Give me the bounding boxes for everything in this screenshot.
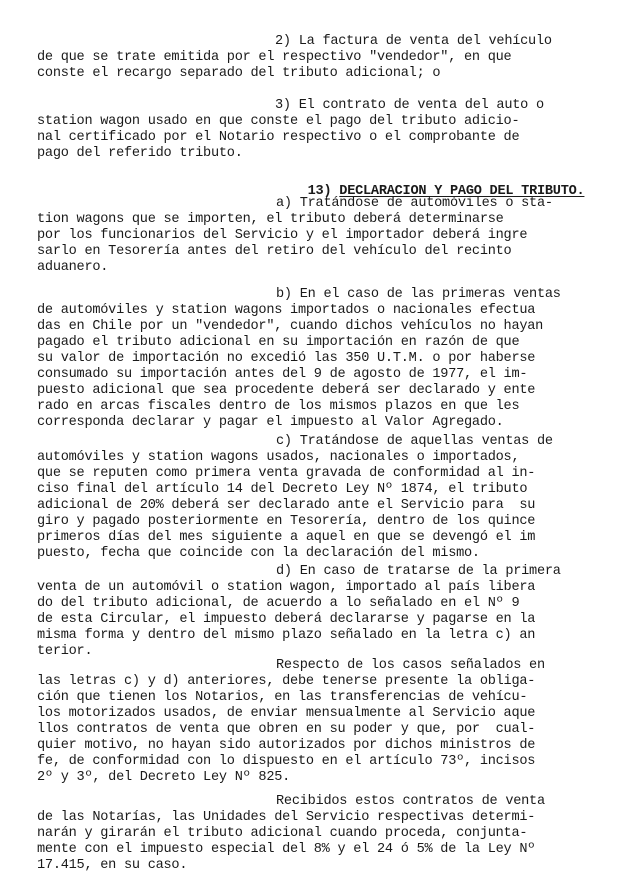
item-3-line-3: nal certificado por el Notario respectiv…	[37, 130, 519, 146]
respecto-line-6: quier motivo, no hayan sido autorizados …	[37, 738, 535, 754]
item-b-line-4: pagado el tributo adicional en su import…	[37, 335, 519, 351]
respecto-line-3: ción que tienen los Notarios, en las tra…	[37, 690, 527, 706]
item-b-line-9: corresponda declarar y pagar el impuesto…	[37, 415, 504, 431]
item-2-line-2: de que se trate emitida por el respectiv…	[37, 50, 511, 66]
item-c-line-1: c) Tratándose de aquellas ventas de	[276, 434, 553, 450]
respecto-line-8: 2º y 3º, del Decreto Ley Nº 825.	[37, 770, 290, 786]
recibidos-line-2: de las Notarías, las Unidades del Servic…	[37, 810, 535, 826]
item-d-line-3: do del tributo adicional, de acuerdo a l…	[37, 596, 519, 612]
respecto-line-5: llos contratos de venta que obren en su …	[37, 722, 535, 738]
item-a-line-4: sarlo en Tesorería antes del retiro del …	[37, 244, 511, 260]
document-page: 2) La factura de venta del vehículo de q…	[0, 0, 630, 885]
item-c-line-8: puesto, fecha que coincide con la declar…	[37, 546, 480, 562]
item-3-line-1: 3) El contrato de venta del auto o	[275, 98, 544, 114]
recibidos-line-5: 17.415, en su caso.	[37, 858, 187, 874]
item-3-line-4: pago del referido tributo.	[37, 146, 243, 162]
recibidos-line-3: narán y girarán el tributo adicional cua…	[37, 826, 527, 842]
item-d-line-2: venta de un automóvil o station wagon, i…	[37, 580, 535, 596]
item-d-line-5: misma forma y dentro del mismo plazo señ…	[37, 628, 535, 644]
item-2-line-1: 2) La factura de venta del vehículo	[275, 34, 552, 50]
item-c-line-5: adicional de 20% deberá ser declarado an…	[37, 498, 535, 514]
item-a-line-2: tion wagons que se importen, el tributo …	[37, 212, 504, 228]
respecto-line-1: Respecto de los casos señalados en	[276, 658, 545, 674]
item-d-line-6: terior.	[37, 644, 92, 660]
item-a-line-5: aduanero.	[37, 260, 108, 276]
item-b-line-3: das en Chile por un "vendedor", cuando d…	[37, 319, 543, 335]
item-c-line-2: automóviles y station wagons usados, nac…	[37, 450, 519, 466]
item-b-line-1: b) En el caso de las primeras ventas	[276, 287, 561, 303]
respecto-line-7: fe, de conformidad con lo dispuesto en e…	[37, 754, 535, 770]
item-c-line-3: que se reputen como primera venta gravad…	[37, 466, 535, 482]
item-c-line-4: ciso final del artículo 14 del Decreto L…	[37, 482, 527, 498]
item-b-line-2: de automóviles y station wagons importad…	[37, 303, 535, 319]
item-b-line-8: rado en arcas fiscales dentro de los mis…	[37, 399, 519, 415]
recibidos-line-4: mente con el impuesto especial del 8% y …	[37, 842, 535, 858]
recibidos-line-1: Recibidos estos contratos de venta	[276, 794, 545, 810]
item-c-line-7: primeros días del mes siguiente a aquel …	[37, 530, 535, 546]
item-a-line-3: por los funcionarios del Servicio y el i…	[37, 228, 527, 244]
item-b-line-6: consumado su importación antes del 9 de …	[37, 367, 527, 383]
item-3-line-2: station wagon usado en que conste el pag…	[37, 114, 519, 130]
item-2-line-3: conste el recargo separado del tributo a…	[37, 66, 440, 82]
respecto-line-2: las letras c) y d) anteriores, debe tene…	[37, 674, 535, 690]
item-c-line-6: giro y pagado posteriormente en Tesorerí…	[37, 514, 535, 530]
item-d-line-1: d) En caso de tratarse de la primera	[276, 564, 561, 580]
item-b-line-5: su valor de importación no excedió las 3…	[37, 351, 535, 367]
item-d-line-4: de esta Circular, el impuesto deberá dec…	[37, 612, 535, 628]
item-b-line-7: puesto adicional que sea procedente debe…	[37, 383, 535, 399]
respecto-line-4: los motorizados usados, de enviar mensua…	[37, 706, 535, 722]
item-a-line-1: a) Tratándose de automóviles o sta-	[276, 196, 553, 212]
